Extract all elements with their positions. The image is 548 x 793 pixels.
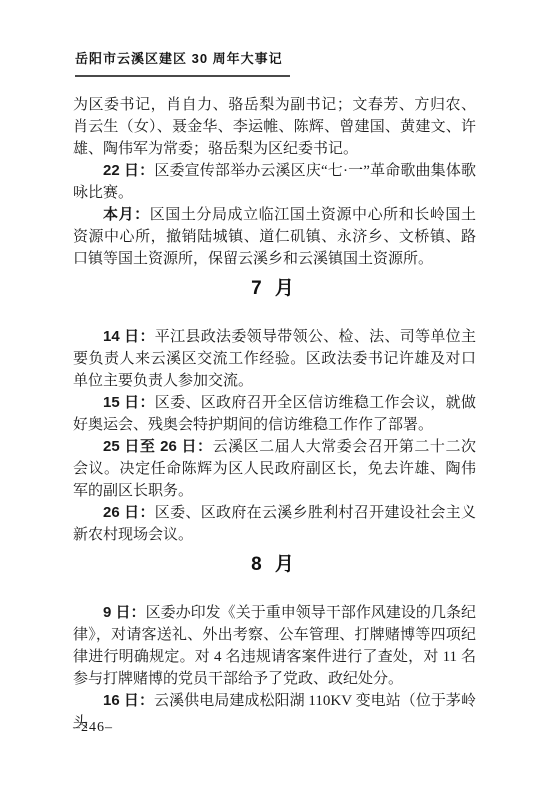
document-body: 为区委书记，肖自力、骆岳梨为副书记；文春芳、方归农、肖云生（女）、聂金华、李运帷… xyxy=(73,94,476,734)
date-label: 25 日至 26 日： xyxy=(103,438,213,455)
date-label: 9 日： xyxy=(103,604,146,621)
book-page: 岳阳市云溪区建区 30 周年大事记 为区委书记，肖自力、骆岳梨为副书记；文春芳、… xyxy=(0,0,548,793)
month-heading: 8 月 xyxy=(73,554,476,576)
paragraph: 本月：区国土分局成立临江国土资源中心所和长岭国土资源中心所，撤销陆城镇、道仁矶镇… xyxy=(73,204,476,270)
paragraph: 9 日：区委办印发《关于重申领导干部作风建设的几条纪律》，对请客送礼、外出考察、… xyxy=(73,602,476,690)
date-label: 22 日： xyxy=(103,162,154,179)
paragraph: 为区委书记，肖自力、骆岳梨为副书记；文春芳、方归农、肖云生（女）、聂金华、李运帷… xyxy=(73,94,476,160)
paragraph: 15 日：区委、区政府召开全区信访维稳工作会议，就做好奥运会、残奥会特护期间的信… xyxy=(73,392,476,436)
date-label: 26 日： xyxy=(103,504,155,521)
date-label: 16 日： xyxy=(103,692,154,709)
month-heading: 7 月 xyxy=(73,278,476,300)
paragraph: 22 日：区委宣传部举办云溪区庆“七·一”革命歌曲集体歌咏比赛。 xyxy=(73,160,476,204)
paragraph: 25 日至 26 日：云溪区二届人大常委会召开第二十二次会议。决定任命陈辉为区人… xyxy=(73,436,476,502)
paragraph: 26 日：区委、区政府在云溪乡胜利村召开建设社会主义新农村现场会议。 xyxy=(73,502,476,546)
page-number: –246– xyxy=(73,720,113,736)
date-label: 15 日： xyxy=(103,394,155,411)
paragraph: 14 日：平江县政法委领导带领公、检、法、司等单位主要负责人来云溪区交流工作经验… xyxy=(73,326,476,392)
paragraph: 16 日：云溪供电局建成松阳湖 110KV 变电站（位于茅岭头 xyxy=(73,690,476,734)
running-header: 岳阳市云溪区建区 30 周年大事记 xyxy=(75,48,478,77)
running-header-title: 岳阳市云溪区建区 30 周年大事记 xyxy=(75,48,478,67)
header-rule xyxy=(75,75,290,77)
date-label: 14 日： xyxy=(103,328,155,345)
date-label: 本月： xyxy=(103,206,150,223)
